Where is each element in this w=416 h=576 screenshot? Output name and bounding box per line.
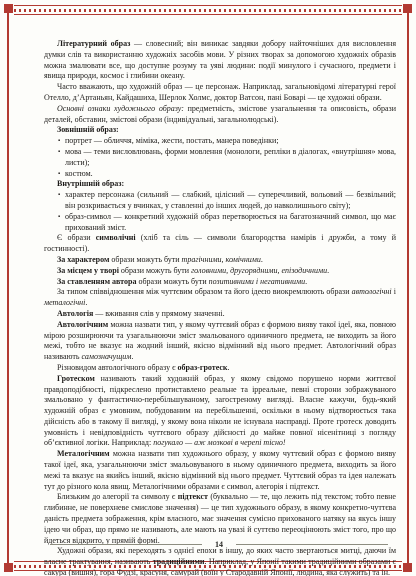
paragraph: За типом співвідношення між чуттєвим обр…: [44, 287, 396, 309]
bullet-icon: ▪: [58, 190, 60, 201]
paragraph: Літературний образ — словесний; він вини…: [44, 39, 396, 82]
footer-rule-left: [50, 544, 202, 545]
ornament-top-band: [14, 5, 402, 15]
bullet-icon: ▪: [58, 136, 60, 147]
list-item: ▪костюм.: [44, 169, 396, 180]
frame-left-rule: [7, 13, 9, 563]
frame-corner-icon: [403, 563, 412, 572]
frame-corner-icon: [403, 4, 412, 13]
list-item: ▪мова — теми висловлювань, форми мовленн…: [44, 147, 396, 169]
paragraph: Різновидом автологічного образу є образ-…: [44, 363, 396, 374]
frame-corner-icon: [4, 4, 13, 13]
paragraph: Основні ознаки художнього образу: предме…: [44, 104, 396, 126]
paragraph: Близьким до алегорії та символу є підтек…: [44, 492, 396, 546]
bullet-icon: ▪: [58, 169, 60, 180]
paragraph: Художні образи, які переходять з однієї …: [44, 546, 396, 576]
page-text: Літературний образ — словесний; він вини…: [44, 39, 396, 576]
paragraph: За характером образи можуть бути трагічн…: [44, 255, 396, 266]
paragraph: Автологія — вживання слів у прямому знач…: [44, 309, 396, 320]
paragraph: Металогічним можна назвати тип художньог…: [44, 449, 396, 492]
subheading: Внутрішній образ:: [44, 179, 396, 190]
subheading: Зовнішній образ:: [44, 125, 396, 136]
paragraph: Є образи символічні (хліб та сіль — симв…: [44, 233, 396, 255]
bullet-icon: ▪: [58, 212, 60, 223]
paragraph: Часто вважають, що художній образ — це п…: [44, 82, 396, 104]
list-item: ▪портрет — обличчя, міміка, жести, поста…: [44, 136, 396, 147]
paragraph: За ставленням автора образи можуть бути …: [44, 277, 396, 288]
bullet-icon: ▪: [58, 147, 60, 158]
page-footer: 14: [50, 540, 388, 549]
paragraph: Гротеском називають такий художній образ…: [44, 374, 396, 450]
list-item: ▪характер персонажа (сильний — слабкий, …: [44, 190, 396, 212]
list-item: ▪образ-символ — конкретний художній обра…: [44, 212, 396, 234]
paragraph: За місцем у творі образи можуть бути гол…: [44, 266, 396, 277]
frame-right-rule: [407, 13, 409, 563]
page-number: 14: [202, 540, 236, 549]
frame-corner-icon: [4, 563, 13, 572]
paragraph: Автологічним можна назвати тип, у якому …: [44, 320, 396, 363]
footer-rule-right: [236, 544, 388, 545]
